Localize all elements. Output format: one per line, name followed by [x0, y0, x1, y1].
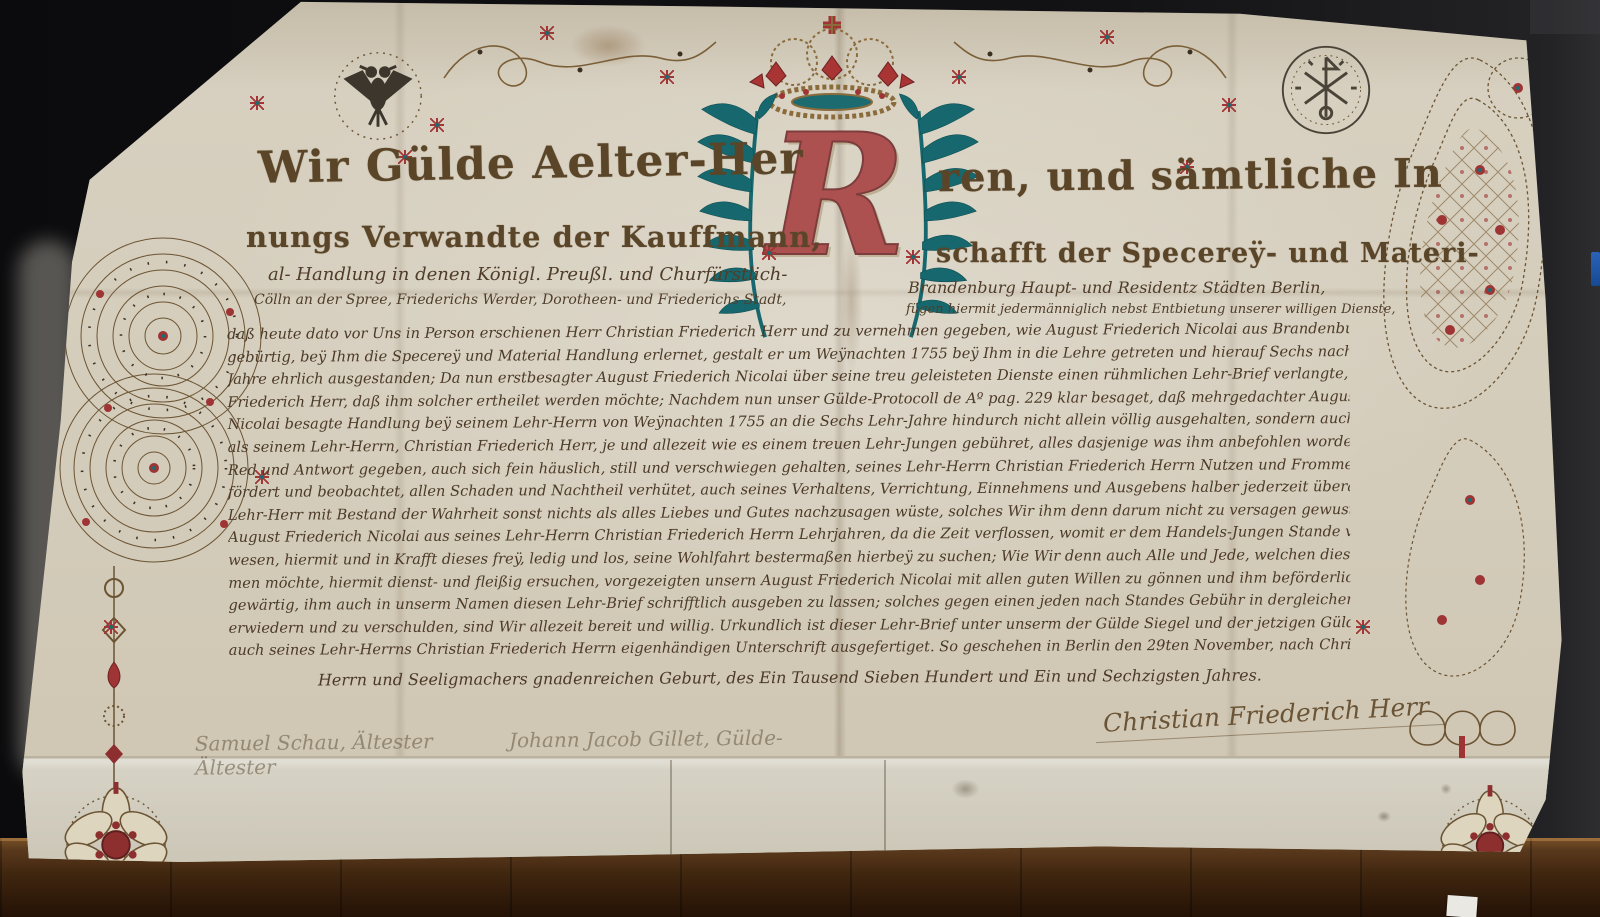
- body-text-line: auch seines Lehr-Herrns Christian Friede…: [229, 636, 1351, 664]
- heading-line4-right: fügen hiermit jedermänniglich nebst Entb…: [906, 302, 1395, 317]
- photograph-of-parchment-certificate: R: [0, 0, 1600, 917]
- certificate-body-text: daß heute dato vor Uns in Person erschie…: [227, 320, 1351, 693]
- heading-line4-left: Cölln an der Spree, Friederichs Werder, …: [254, 292, 786, 308]
- body-text-dateline: Herrn und Seeligmachers gnadenreichen Ge…: [229, 665, 1351, 693]
- paper-tag: [1446, 895, 1477, 917]
- paisley-ornament-icon: [1330, 40, 1570, 704]
- heading-line3-left: al- Handlung in denen Königl. Preußl. un…: [268, 264, 787, 285]
- fold-crease: [670, 760, 672, 860]
- star-rosette-icon: [430, 118, 444, 132]
- parchment-document: R: [0, 0, 1600, 917]
- star-rosette-icon: [250, 96, 264, 110]
- blue-cable: [1591, 252, 1600, 286]
- signature-elder-1: Samuel Schau, Ältester: [195, 729, 433, 755]
- flourish-icon: [950, 28, 1230, 102]
- master-signature: Christian Friederich Herr: [1094, 691, 1444, 743]
- heading-line2-left: nungs Verwandte der Kauffmann,: [246, 220, 822, 254]
- star-rosette-icon: [1100, 30, 1114, 44]
- flourish-icon: [440, 28, 720, 102]
- star-rosette-icon: [540, 26, 554, 40]
- fold-crease: [884, 760, 886, 860]
- background-object: [1530, 0, 1600, 34]
- double-eagle-medallion-icon: [330, 48, 426, 148]
- star-rosette-icon: [952, 70, 966, 84]
- pendant-chain-icon: [84, 566, 144, 792]
- guild-elders-signatures: Samuel Schau, Ältester Johann Jacob Gill…: [195, 724, 895, 779]
- star-rosette-icon: [906, 250, 920, 264]
- heading-line2-right: schafft der Specereÿ- und Materi-: [936, 238, 1480, 269]
- star-rosette-icon: [104, 620, 118, 634]
- star-rosette-icon: [1222, 98, 1236, 112]
- heading-line1-left: Wir Gülde Aelter-Her: [258, 133, 804, 194]
- heading-line3-right: Brandenburg Haupt- und Residentz Städten…: [908, 278, 1325, 297]
- star-rosette-icon: [660, 70, 674, 84]
- heading-line1-right: ren, und sämtliche In: [938, 150, 1443, 201]
- star-rosette-icon: [1356, 620, 1370, 634]
